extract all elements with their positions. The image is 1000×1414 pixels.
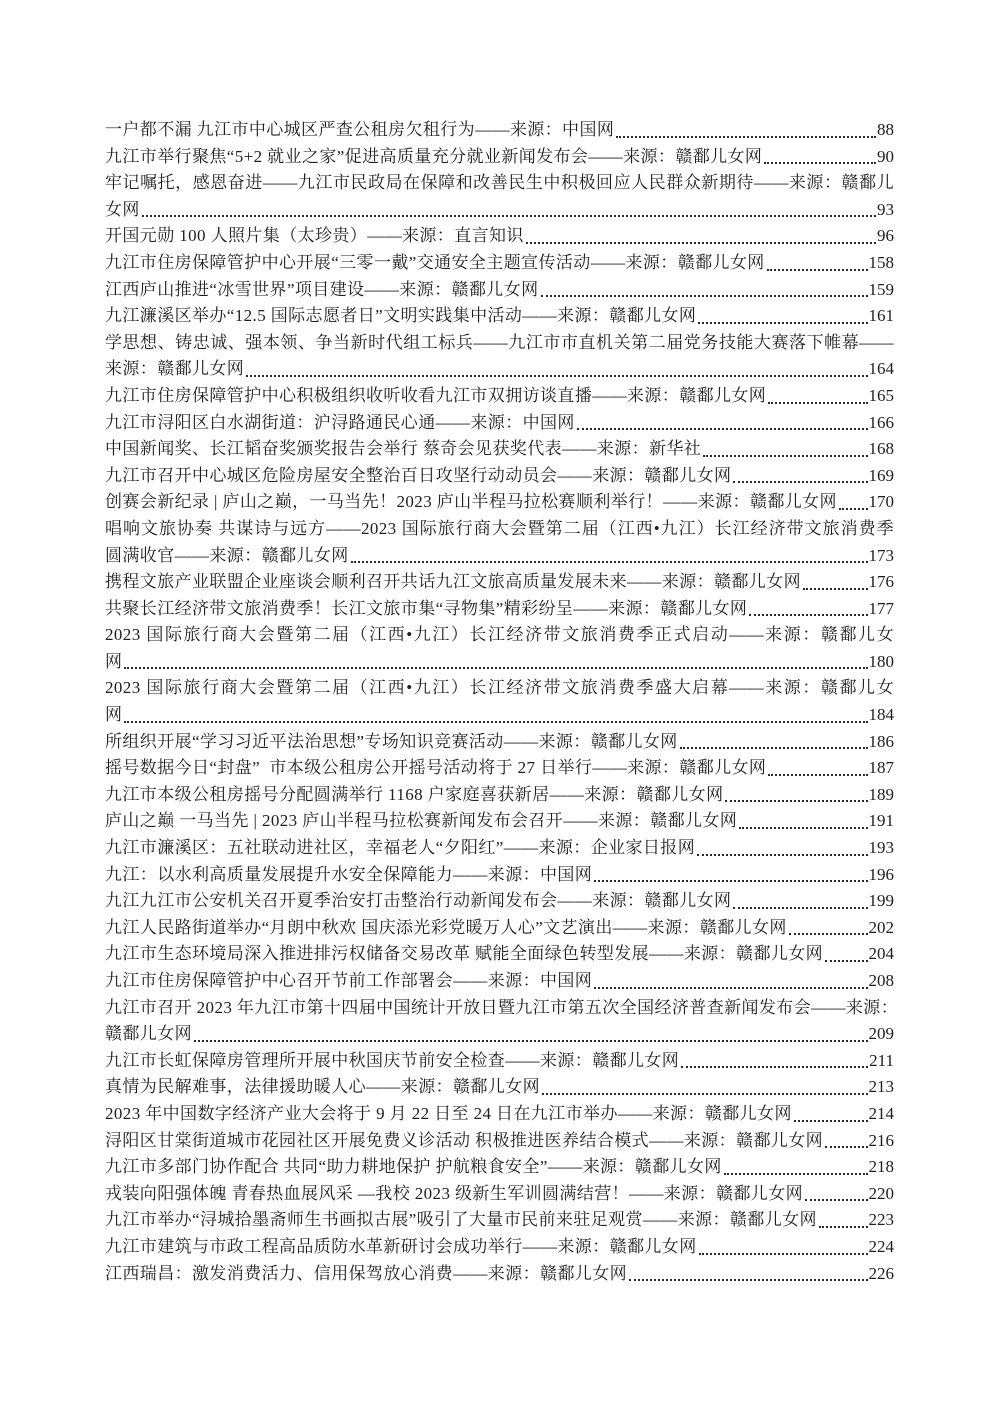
toc-page-number: 189	[869, 782, 895, 809]
toc-page-number: 93	[877, 197, 894, 224]
toc-page-number: 202	[869, 915, 895, 942]
toc-entry-line[interactable]: 戎装向阳强体魄 青春热血展风采 —我校 2023 级新生军训圆满结营！——来源：…	[105, 1181, 894, 1208]
toc-entry-line[interactable]: 女网 93	[105, 197, 894, 224]
toc-entry-text: 学思想、铸忠诚、强本领、争当新时代组工标兵——九江市市直机关第二届党务技能大赛落…	[105, 330, 894, 357]
dot-leader	[594, 862, 867, 883]
toc-entry-line[interactable]: 2023 国际旅行商大会暨第二届（江西•九江）长江经济带文旅消费季盛大启幕——来…	[105, 675, 894, 702]
dot-leader	[246, 356, 867, 377]
toc-entry-line[interactable]: 九江市多部门协作配合 共同“助力耕地保护 护航粮食安全”——来源：赣鄱儿女网 2…	[105, 1154, 894, 1181]
dot-leader	[767, 250, 868, 271]
dot-leader	[724, 1154, 868, 1175]
toc-entry-text: 圆满收官——来源：赣鄱儿女网	[105, 543, 349, 570]
dot-leader	[739, 808, 867, 829]
toc-entry-line[interactable]: 浔阳区甘棠街道城市花园社区开展免费义诊活动 积极推进医养结合模式——来源：赣鄱儿…	[105, 1128, 894, 1155]
dot-leader	[733, 888, 867, 909]
toc-entry-text: 赣鄱儿女网	[105, 1021, 192, 1048]
toc-list: 一户都不漏 九江市中心城区严查公租房欠租行为——来源：中国网 88 九江市举行聚…	[105, 117, 894, 1287]
dot-leader	[698, 303, 867, 324]
toc-page-number: 199	[869, 888, 895, 915]
toc-entry-line[interactable]: 九江市生态环境局深入推进排污权储备交易改革 赋能全面绿色转型发展——来源：赣鄱儿…	[105, 941, 894, 968]
toc-entry-line[interactable]: 摇号数据今日“封盘” 市本级公租房公开摇号活动将于 27 日举行——来源：赣鄱儿…	[105, 755, 894, 782]
toc-entry-line[interactable]: 九江市召开 2023 年九江市第十四届中国统计开放日暨九江市第五次全国经济普查新…	[105, 995, 894, 1022]
dot-leader	[839, 489, 868, 510]
toc-entry-text: 开国元勋 100 人照片集（太珍贵）——来源：直言知识	[105, 223, 524, 250]
dot-leader	[805, 1181, 868, 1202]
toc-page-number: 226	[869, 1261, 895, 1288]
toc-page-number: 180	[869, 649, 895, 676]
toc-entry-line[interactable]: 九江市召开中心城区危险房屋安全整治百日攻坚行动动员会——来源：赣鄱儿女网 169	[105, 463, 894, 490]
toc-page-number: 165	[869, 383, 895, 410]
dot-leader	[803, 569, 868, 590]
toc-page-number: 164	[869, 356, 895, 383]
toc-entry-text: 九江九江市公安机关召开夏季治安打击整治行动新闻发布会——来源：赣鄱儿女网	[105, 888, 731, 915]
toc-entry-line[interactable]: 真情为民解难事，法律援助暖人心——来源：赣鄱儿女网 213	[105, 1074, 894, 1101]
toc-entry-text: 网	[105, 702, 122, 729]
toc-page-number: 169	[869, 463, 895, 490]
toc-page-number: 223	[869, 1207, 895, 1234]
toc-page-number: 196	[869, 862, 895, 889]
dot-leader	[680, 729, 868, 750]
toc-entry-text: 牢记嘱托，感恩奋进——九江市民政局在保障和改善民生中积极回应人民群众新期待——来…	[105, 170, 894, 197]
toc-page-number: 208	[869, 968, 895, 995]
toc-entry-line[interactable]: 网 184	[105, 702, 894, 729]
toc-entry-text: 共聚长江经济带文旅消费季！长江文旅市集“寻物集”精彩纷呈——来源：赣鄱儿女网	[105, 596, 747, 623]
toc-entry-text: 江西庐山推进“冰雪世界”项目建设——来源：赣鄱儿女网	[105, 277, 539, 304]
dot-leader	[699, 1234, 868, 1255]
toc-page-number: 170	[869, 489, 895, 516]
toc-entry-line[interactable]: 九江九江市公安机关召开夏季治安打击整治行动新闻发布会——来源：赣鄱儿女网 199	[105, 888, 894, 915]
toc-entry-line[interactable]: 一户都不漏 九江市中心城区严查公租房欠租行为——来源：中国网 88	[105, 117, 894, 144]
toc-entry-line[interactable]: 圆满收官——来源：赣鄱儿女网 173	[105, 543, 894, 570]
toc-page-number: 161	[869, 303, 895, 330]
dot-leader	[768, 383, 867, 404]
dot-leader	[697, 835, 867, 856]
dot-leader	[629, 1261, 868, 1282]
toc-page-number: 220	[869, 1181, 895, 1208]
dot-leader	[825, 941, 867, 962]
toc-entry-line[interactable]: 九江市濂溪区：五社联动进社区，幸福老人“夕阳红”——来源：企业家日报网 193	[105, 835, 894, 862]
toc-entry-line[interactable]: 赣鄱儿女网 209	[105, 1021, 894, 1048]
toc-entry-text: 携程文旅产业联盟企业座谈会顺利召开共话九江文旅高质量发展未来——来源：赣鄱儿女网	[105, 569, 801, 596]
toc-entry-text: 一户都不漏 九江市中心城区严查公租房欠租行为——来源：中国网	[105, 117, 614, 144]
toc-entry-line[interactable]: 共聚长江经济带文旅消费季！长江文旅市集“寻物集”精彩纷呈——来源：赣鄱儿女网 1…	[105, 596, 894, 623]
toc-entry-text: 2023 国际旅行商大会暨第二届（江西•九江）长江经济带文旅消费季正式启动——来…	[105, 622, 894, 649]
toc-page-number: 184	[869, 702, 895, 729]
toc-entry-line[interactable]: 牢记嘱托，感恩奋进——九江市民政局在保障和改善民生中积极回应人民群众新期待——来…	[105, 170, 894, 197]
dot-leader	[542, 1074, 868, 1095]
toc-page-number: 173	[869, 543, 895, 570]
toc-entry-text: 2023 国际旅行商大会暨第二届（江西•九江）长江经济带文旅消费季盛大启幕——来…	[105, 675, 894, 702]
toc-page-number: 213	[869, 1074, 895, 1101]
toc-entry-text: 九江人民路街道举办“月朗中秋欢 国庆添光彩党暖万人心”文艺演出——来源：赣鄱儿女…	[105, 915, 787, 942]
dot-leader	[526, 223, 876, 244]
toc-entry-text: 戎装向阳强体魄 青春热血展风采 —我校 2023 级新生军训圆满结营！——来源：…	[105, 1181, 803, 1208]
toc-entry-line[interactable]: 庐山之巅 一马当先 | 2023 庐山半程马拉松赛新闻发布会召开——来源：赣鄱儿…	[105, 808, 894, 835]
toc-entry-line[interactable]: 九江市住房保障管护中心开展“三零一戴”交通安全主题宣传活动——来源：赣鄱儿女网 …	[105, 250, 894, 277]
toc-entry-line[interactable]: 九江市本级公租房摇号分配圆满举行 1168 户家庭喜获新居——来源：赣鄱儿女网 …	[105, 782, 894, 809]
toc-page-number: 224	[869, 1234, 895, 1261]
toc-page-number: 214	[869, 1101, 895, 1128]
toc-page-number: 191	[869, 808, 895, 835]
toc-entry-text: 九江市濂溪区：五社联动进社区，幸福老人“夕阳红”——来源：企业家日报网	[105, 835, 695, 862]
dot-leader	[768, 755, 867, 776]
toc-page-number: 88	[877, 117, 894, 144]
toc-entry-line[interactable]: 开国元勋 100 人照片集（太珍贵）——来源：直言知识 96	[105, 223, 894, 250]
toc-entry-text: 九江市本级公租房摇号分配圆满举行 1168 户家庭喜获新居——来源：赣鄱儿女网	[105, 782, 723, 809]
dot-leader	[825, 1128, 867, 1149]
toc-entry-line[interactable]: 九江市建筑与市政工程高品质防水革新研讨会成功举行——来源：赣鄱儿女网 224	[105, 1234, 894, 1261]
dot-leader	[681, 1048, 868, 1069]
toc-entry-text: 女网	[105, 197, 140, 224]
toc-page-number: 166	[869, 410, 895, 437]
toc-entry-text: 真情为民解难事，法律援助暖人心——来源：赣鄱儿女网	[105, 1074, 540, 1101]
toc-page-number: 209	[869, 1021, 895, 1048]
dot-leader	[124, 649, 867, 670]
toc-page-number: 211	[869, 1048, 894, 1075]
toc-page-number: 168	[869, 436, 895, 463]
toc-entry-line[interactable]: 九江：以水利高质量发展提升水安全保障能力——来源：中国网 196	[105, 862, 894, 889]
toc-entry-text: 九江市住房保障管护中心召开节前工作部署会——来源：中国网	[105, 968, 592, 995]
toc-entry-line[interactable]: 九江市住房保障管护中心积极组织收听收看九江市双拥访谈直播——来源：赣鄱儿女网 1…	[105, 383, 894, 410]
dot-leader	[749, 596, 867, 617]
toc-entry-line[interactable]: 2023 国际旅行商大会暨第二届（江西•九江）长江经济带文旅消费季正式启动——来…	[105, 622, 894, 649]
toc-entry-text: 九江市举行聚焦“5+2 就业之家”促进高质量充分就业新闻发布会——来源：赣鄱儿女…	[105, 144, 762, 171]
toc-entry-line[interactable]: 九江市浔阳区白水湖街道：沪浔路通民心通——来源：中国网 166	[105, 410, 894, 437]
toc-entry-line[interactable]: 九江濂溪区举办“12.5 国际志愿者日”文明实践集中活动——来源：赣鄱儿女网 1…	[105, 303, 894, 330]
toc-entry-line[interactable]: 携程文旅产业联盟企业座谈会顺利召开共话九江文旅高质量发展未来——来源：赣鄱儿女网…	[105, 569, 894, 596]
toc-page-number: 187	[869, 755, 895, 782]
toc-page-number: 177	[869, 596, 895, 623]
toc-entry-text: 九江市建筑与市政工程高品质防水革新研讨会成功举行——来源：赣鄱儿女网	[105, 1234, 697, 1261]
toc-page-number: 158	[869, 250, 895, 277]
toc-entry-line[interactable]: 九江市住房保障管护中心召开节前工作部署会——来源：中国网 208	[105, 968, 894, 995]
toc-page-number: 186	[869, 729, 895, 756]
dot-leader	[541, 277, 868, 298]
toc-entry-line[interactable]: 中国新闻奖、长江韬奋奖颁奖报告会举行 蔡奇会见获奖代表——来源：新华社 168	[105, 436, 894, 463]
document-page: 一户都不漏 九江市中心城区严查公租房欠租行为——来源：中国网 88 九江市举行聚…	[0, 0, 1000, 1414]
toc-entry-text: 九江市召开 2023 年九江市第十四届中国统计开放日暨九江市第五次全国经济普查新…	[105, 995, 894, 1022]
toc-page-number: 218	[869, 1154, 895, 1181]
dot-leader	[142, 197, 876, 218]
dot-leader	[789, 915, 868, 936]
toc-entry-line[interactable]: 2023 年中国数字经济产业大会将于 9 月 22 日至 24 日在九江市举办—…	[105, 1101, 894, 1128]
dot-leader	[351, 543, 868, 564]
toc-entry-line[interactable]: 网 180	[105, 649, 894, 676]
toc-entry-text: 九江市生态环境局深入推进排污权储备交易改革 赋能全面绿色转型发展——来源：赣鄱儿…	[105, 941, 823, 968]
toc-entry-text: 九江市住房保障管护中心开展“三零一戴”交通安全主题宣传活动——来源：赣鄱儿女网	[105, 250, 765, 277]
toc-entry-line[interactable]: 九江市举行聚焦“5+2 就业之家”促进高质量充分就业新闻发布会——来源：赣鄱儿女…	[105, 144, 894, 171]
dot-leader	[725, 782, 867, 803]
dot-leader	[764, 144, 876, 165]
toc-entry-text: 九江市召开中心城区危险房屋安全整治百日攻坚行动动员会——来源：赣鄱儿女网	[105, 463, 731, 490]
toc-page-number: 159	[869, 277, 895, 304]
toc-page-number: 204	[869, 941, 895, 968]
toc-entry-text: 九江市举办“浔城拾墨斋师生书画拟古展”吸引了大量市民前来驻足观赏——来源：赣鄱儿…	[105, 1207, 817, 1234]
toc-entry-text: 唱响文旅协奏 共谋诗与远方——2023 国际旅行商大会暨第二届（江西•九江）长江…	[105, 516, 894, 543]
dot-leader	[577, 410, 868, 431]
dot-leader	[194, 1021, 868, 1042]
toc-page-number: 216	[869, 1128, 895, 1155]
toc-page-number: 90	[877, 144, 894, 171]
toc-entry-text: 所组织开展“学习习近平法治思想”专场知识竞赛活动——来源：赣鄱儿女网	[105, 729, 678, 756]
toc-entry-line[interactable]: 唱响文旅协奏 共谋诗与远方——2023 国际旅行商大会暨第二届（江西•九江）长江…	[105, 516, 894, 543]
toc-entry-line[interactable]: 九江人民路街道举办“月朗中秋欢 国庆添光彩党暖万人心”文艺演出——来源：赣鄱儿女…	[105, 915, 894, 942]
toc-page-number: 176	[869, 569, 895, 596]
toc-entry-text: 庐山之巅 一马当先 | 2023 庐山半程马拉松赛新闻发布会召开——来源：赣鄱儿…	[105, 808, 737, 835]
toc-entry-text: 来源：赣鄱儿女网	[105, 356, 244, 383]
toc-page-number: 96	[877, 223, 894, 250]
dot-leader	[616, 117, 876, 138]
toc-entry-text: 九江市浔阳区白水湖街道：沪浔路通民心通——来源：中国网	[105, 410, 575, 437]
toc-entry-text: 创赛会新纪录 | 庐山之巅，一马当先！2023 庐山半程马拉松赛顺利举行！——来…	[105, 489, 837, 516]
toc-entry-line[interactable]: 学思想、铸忠诚、强本领、争当新时代组工标兵——九江市市直机关第二届党务技能大赛落…	[105, 330, 894, 357]
toc-entry-line[interactable]: 江西庐山推进“冰雪世界”项目建设——来源：赣鄱儿女网 159	[105, 277, 894, 304]
dot-leader	[594, 968, 867, 989]
toc-entry-line[interactable]: 所组织开展“学习习近平法治思想”专场知识竞赛活动——来源：赣鄱儿女网 186	[105, 729, 894, 756]
toc-entry-line[interactable]: 江西瑞昌：激发消费活力、信用保驾放心消费——来源：赣鄱儿女网 226	[105, 1261, 894, 1288]
toc-entry-line[interactable]: 九江市长虹保障房管理所开展中秋国庆节前安全检查——来源：赣鄱儿女网 211	[105, 1048, 894, 1075]
dot-leader	[733, 463, 867, 484]
toc-entry-text: 九江：以水利高质量发展提升水安全保障能力——来源：中国网	[105, 862, 592, 889]
toc-entry-line[interactable]: 创赛会新纪录 | 庐山之巅，一马当先！2023 庐山半程马拉松赛顺利举行！——来…	[105, 489, 894, 516]
toc-entry-text: 九江市多部门协作配合 共同“助力耕地保护 护航粮食安全”——来源：赣鄱儿女网	[105, 1154, 722, 1181]
toc-entry-line[interactable]: 来源：赣鄱儿女网 164	[105, 356, 894, 383]
toc-entry-text: 浔阳区甘棠街道城市花园社区开展免费义诊活动 积极推进医养结合模式——来源：赣鄱儿…	[105, 1128, 823, 1155]
toc-entry-text: 九江濂溪区举办“12.5 国际志愿者日”文明实践集中活动——来源：赣鄱儿女网	[105, 303, 696, 330]
dot-leader	[819, 1207, 868, 1228]
toc-page-number: 193	[869, 835, 895, 862]
dot-leader	[124, 702, 867, 723]
toc-entry-text: 摇号数据今日“封盘” 市本级公租房公开摇号活动将于 27 日举行——来源：赣鄱儿…	[105, 755, 766, 782]
toc-entry-text: 江西瑞昌：激发消费活力、信用保驾放心消费——来源：赣鄱儿女网	[105, 1261, 627, 1288]
toc-entry-line[interactable]: 九江市举办“浔城拾墨斋师生书画拟古展”吸引了大量市民前来驻足观赏——来源：赣鄱儿…	[105, 1207, 894, 1234]
toc-entry-text: 九江市长虹保障房管理所开展中秋国庆节前安全检查——来源：赣鄱儿女网	[105, 1048, 679, 1075]
dot-leader	[703, 436, 867, 457]
toc-entry-text: 2023 年中国数字经济产业大会将于 9 月 22 日至 24 日在九江市举办—…	[105, 1101, 792, 1128]
toc-entry-text: 中国新闻奖、长江韬奋奖颁奖报告会举行 蔡奇会见获奖代表——来源：新华社	[105, 436, 701, 463]
toc-entry-text: 九江市住房保障管护中心积极组织收听收看九江市双拥访谈直播——来源：赣鄱儿女网	[105, 383, 766, 410]
dot-leader	[794, 1101, 868, 1122]
toc-entry-text: 网	[105, 649, 122, 676]
